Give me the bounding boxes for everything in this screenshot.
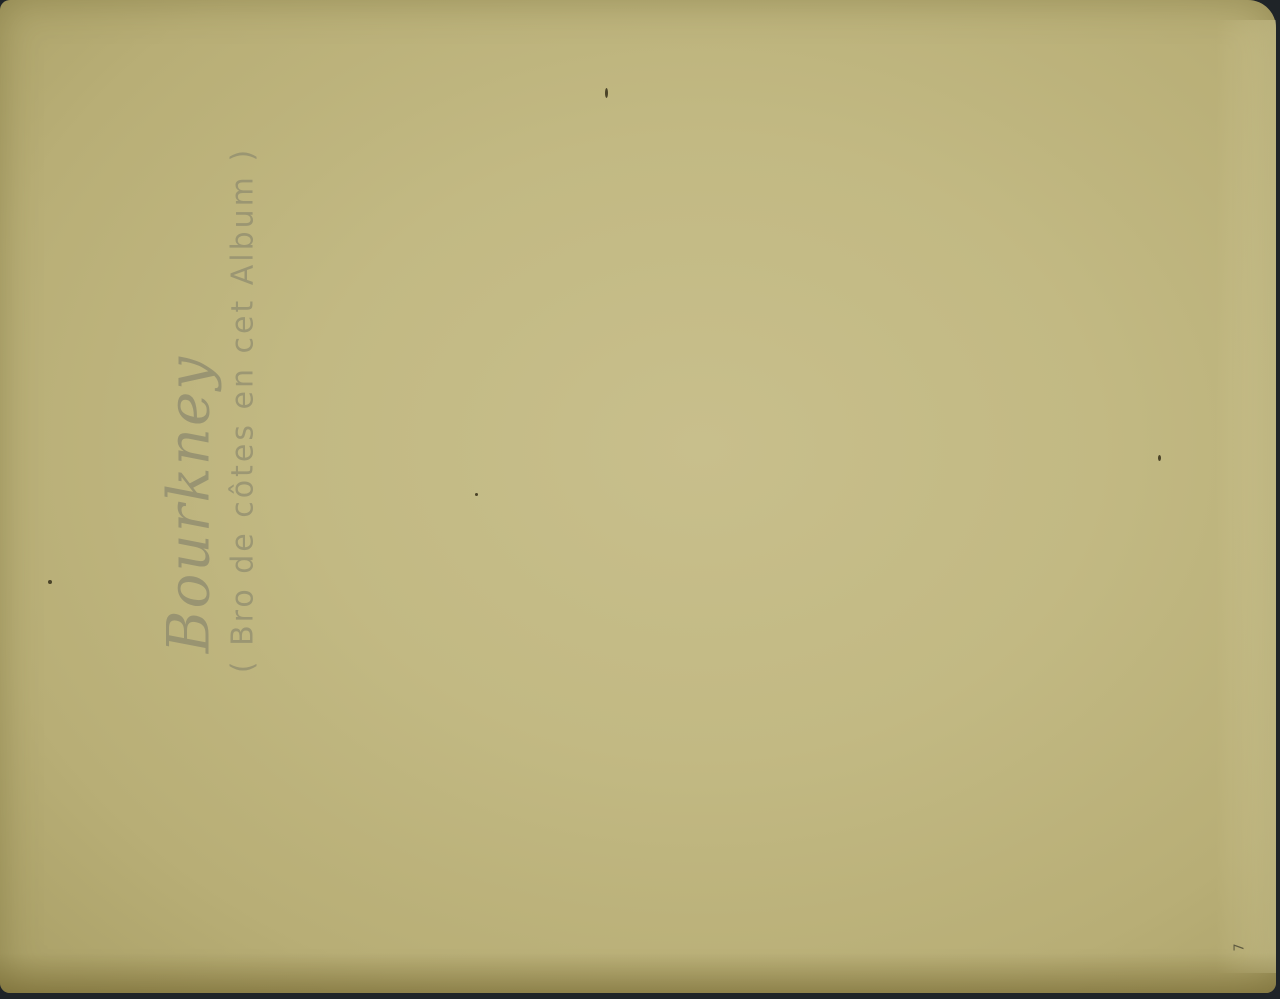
paper-speck	[1158, 455, 1161, 461]
pencil-inscription: Bourkney ( Bro de côtes en cet Album )	[160, 147, 261, 673]
corner-page-mark: 7	[1232, 943, 1247, 951]
paper-speck	[605, 88, 608, 98]
paper-speck	[475, 493, 478, 496]
inscription-title: Bourkney	[160, 147, 218, 653]
paper-speck	[48, 580, 52, 584]
paper-page: Bourkney ( Bro de côtes en cet Album ) 7	[0, 0, 1276, 993]
page-edge-highlight	[1216, 20, 1276, 973]
inscription-subtitle: ( Bro de côtes en cet Album )	[226, 147, 261, 673]
